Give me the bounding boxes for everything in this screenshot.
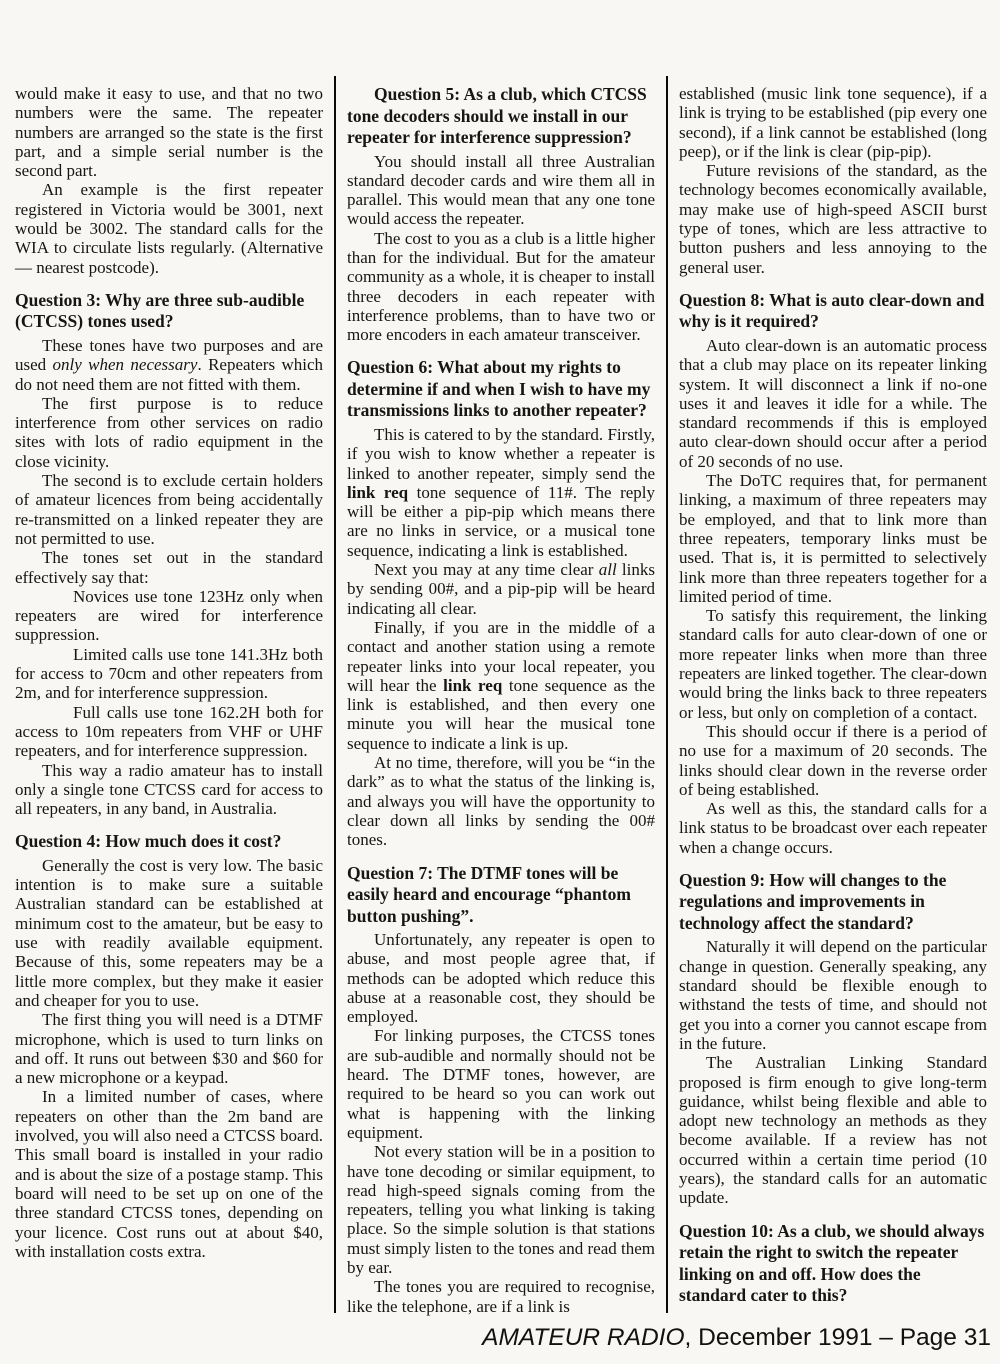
text-run: The tones set out in the standard effect… [15, 548, 323, 586]
text-run: would make it easy to use, and that no t… [15, 84, 323, 180]
italic-term: all [599, 560, 617, 579]
paragraph: Full calls use tone 162.2H both for acce… [15, 703, 323, 761]
paragraph: This way a radio amateur has to install … [15, 761, 323, 819]
text-run: Question 9: How will changes to the regu… [679, 870, 946, 933]
text-run: As well as this, the standard calls for … [679, 799, 987, 857]
column-divider-2 [666, 76, 668, 1313]
text-run: Question 8: What is auto clear-down and … [679, 290, 984, 332]
text-run: Question 7: The DTMF tones will be easil… [347, 863, 631, 926]
text-run: This way a radio amateur has to install … [15, 761, 323, 819]
paragraph: Next you may at any time clear all links… [347, 560, 655, 618]
paragraph: Novices use tone 123Hz only when repeate… [15, 587, 323, 645]
question-heading: Question 8: What is auto clear-down and … [679, 290, 987, 333]
text-run: Auto clear-down is an automatic process … [679, 336, 987, 471]
question-heading: Question 3: Why are three sub-audible (C… [15, 290, 323, 333]
text-run: The first thing you will need is a DTMF … [15, 1010, 323, 1087]
paragraph: The first purpose is to reduce interfere… [15, 394, 323, 471]
article-column-2: Question 5: As a club, which CTCSS tone … [347, 84, 655, 1316]
text-run: The cost to you as a club is a little hi… [347, 229, 655, 344]
article-column-1: would make it easy to use, and that no t… [15, 84, 323, 1261]
paragraph: In a limited number of cases, where repe… [15, 1087, 323, 1261]
paragraph: As well as this, the standard calls for … [679, 799, 987, 857]
question-heading: Question 9: How will changes to the regu… [679, 870, 987, 935]
text-run: Not every station will be in a position … [347, 1142, 655, 1277]
text-run: The second is to exclude certain holders… [15, 471, 323, 548]
paragraph: This is catered to by the standard. Firs… [347, 425, 655, 560]
text-run: The DoTC requires that, for permanent li… [679, 471, 987, 606]
text-run: Question 3: Why are three sub-audible (C… [15, 290, 304, 332]
text-run: In a limited number of cases, where repe… [15, 1087, 323, 1260]
paragraph: The tones you are required to recognise,… [347, 1277, 655, 1316]
magazine-page: would make it easy to use, and that no t… [0, 0, 1000, 1364]
paragraph: You should install all three Australian … [347, 152, 655, 229]
paragraph: The Australian Linking Standard proposed… [679, 1053, 987, 1207]
text-run: Novices use tone 123Hz only when repeate… [15, 587, 323, 645]
text-run: For linking purposes, the CTCSS tones ar… [347, 1026, 655, 1141]
paragraph: The second is to exclude certain holders… [15, 471, 323, 548]
paragraph: Generally the cost is very low. The basi… [15, 856, 323, 1010]
text-run: Naturally it will depend on the particul… [679, 937, 987, 1052]
text-run: You should install all three Australian … [347, 152, 655, 229]
paragraph: For linking purposes, the CTCSS tones ar… [347, 1026, 655, 1142]
column-divider-1 [334, 76, 336, 1313]
paragraph: Unfortunately, any repeater is open to a… [347, 930, 655, 1026]
text-run: To satisfy this requirement, the linking… [679, 606, 987, 721]
paragraph: Not every station will be in a position … [347, 1142, 655, 1277]
text-run: Question 5: As a club, which CTCSS tone … [347, 84, 647, 147]
paragraph: This should occur if there is a period o… [679, 722, 987, 799]
question-heading: Question 4: How much does it cost? [15, 831, 323, 853]
italic-term: only when necessary [53, 355, 198, 374]
question-heading: Question 5: As a club, which CTCSS tone … [347, 84, 655, 149]
footer-issue-page: , December 1991 – Page 31 [685, 1324, 991, 1351]
question-heading: Question 7: The DTMF tones will be easil… [347, 863, 655, 928]
text-run: Next you may at any time clear [374, 560, 599, 579]
paragraph: The cost to you as a club is a little hi… [347, 229, 655, 345]
text-run: Unfortunately, any repeater is open to a… [347, 930, 655, 1026]
text-run: Limited calls use tone 141.3Hz both for … [15, 645, 323, 703]
text-run: Question 4: How much does it cost? [15, 831, 281, 851]
text-run: This is catered to by the standard. Firs… [347, 425, 655, 483]
text-run: The Australian Linking Standard proposed… [679, 1053, 987, 1207]
text-run: Future revisions of the standard, as the… [679, 161, 987, 276]
question-heading: Question 10: As a club, we should always… [679, 1221, 987, 1307]
paragraph: The first thing you will need is a DTMF … [15, 1010, 323, 1087]
text-run: established (music link tone sequence), … [679, 84, 987, 161]
paragraph: would make it easy to use, and that no t… [15, 84, 323, 180]
paragraph: The DoTC requires that, for permanent li… [679, 471, 987, 606]
paragraph: The tones set out in the standard effect… [15, 548, 323, 587]
text-run: This should occur if there is a period o… [679, 722, 987, 799]
article-columns: would make it easy to use, and that no t… [15, 84, 987, 1316]
magazine-title: AMATEUR RADIO [482, 1324, 684, 1351]
text-run: Question 10: As a club, we should always… [679, 1221, 984, 1306]
paragraph: established (music link tone sequence), … [679, 84, 987, 161]
text-run: An example is the first repeater registe… [15, 180, 323, 276]
paragraph: At no time, therefore, will you be “in t… [347, 753, 655, 849]
paragraph: To satisfy this requirement, the linking… [679, 606, 987, 722]
paragraph: These tones have two purposes and are us… [15, 336, 323, 394]
paragraph: Future revisions of the standard, as the… [679, 161, 987, 277]
text-run: At no time, therefore, will you be “in t… [347, 753, 655, 849]
paragraph: Naturally it will depend on the particul… [679, 937, 987, 1053]
paragraph: Limited calls use tone 141.3Hz both for … [15, 645, 323, 703]
text-run: The first purpose is to reduce interfere… [15, 394, 323, 471]
text-run: The tones you are required to recognise,… [347, 1277, 655, 1315]
paragraph: Finally, if you are in the middle of a c… [347, 618, 655, 753]
page-footer: AMATEUR RADIO, December 1991 – Page 31 [482, 1324, 991, 1352]
paragraph: An example is the first repeater registe… [15, 180, 323, 276]
paragraph: Auto clear-down is an automatic process … [679, 336, 987, 471]
bold-term: link req [347, 483, 408, 502]
text-run: Generally the cost is very low. The basi… [15, 856, 323, 1010]
question-heading: Question 6: What about my rights to dete… [347, 357, 655, 422]
text-run: Full calls use tone 162.2H both for acce… [15, 703, 323, 761]
bold-term: link req [443, 676, 502, 695]
article-column-3: established (music link tone sequence), … [679, 84, 987, 1310]
text-run: Question 6: What about my rights to dete… [347, 357, 650, 420]
